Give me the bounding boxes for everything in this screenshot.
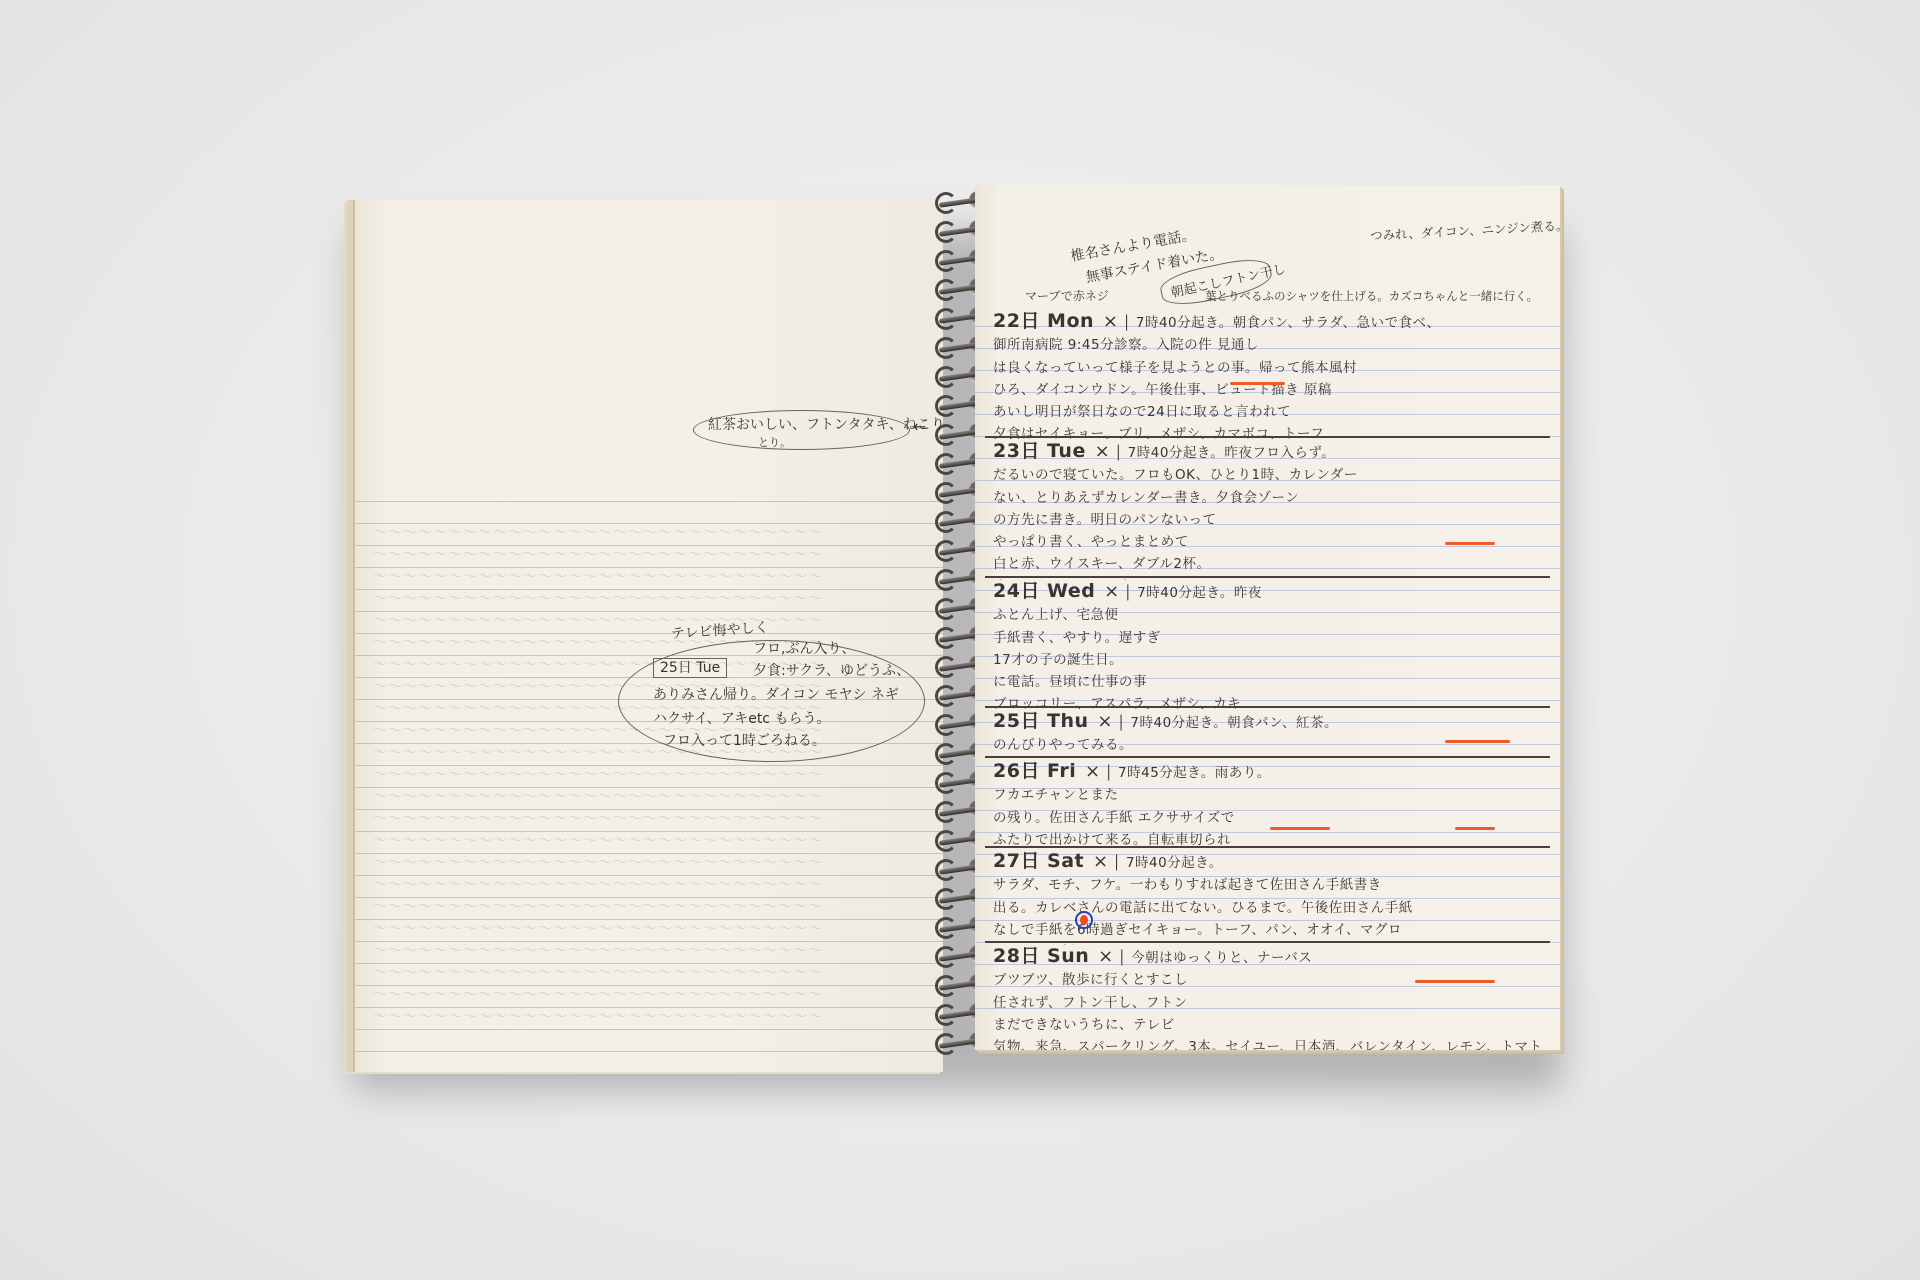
entry-line: 7時40分起き。朝食パン、紅茶。 [1130,715,1338,731]
entry-line: 手紙書く、やすり。遅すぎ [993,627,1542,649]
entry-date: 24日 Wed [993,580,1095,602]
x-mark: × [1097,711,1113,732]
entry-separator [985,576,1550,578]
entry-line: のんびりやってみる。 [993,734,1542,756]
bubble-bottom-date: 25日 Tue [653,658,727,678]
entry-line: 今朝はゆっくりと、ナーバス [1131,950,1312,966]
top-note-3: マーブで赤ネジ [1025,285,1109,307]
entry-separator [985,706,1550,708]
diary-entry: 22日 Mon ×│ 7時40分起き。朝食パン、サラダ、急いで食べ、御所南病院 … [993,310,1542,440]
entry-line: 7時45分起き。雨あり。 [1118,765,1271,781]
entry-line: ない、とりあえずカレンダー書き。夕食会ゾーン [993,487,1542,509]
entry-line: 7時40分起き。昨夜 [1137,585,1262,601]
entry-date: 25日 Thu [993,710,1089,732]
entry-date: 22日 Mon [993,310,1094,332]
orange-highlight [1445,542,1495,545]
entry-line: は良くなっていって様子を見ようとの事。帰って熊本風村 [993,357,1542,379]
entry-date: 26日 Fri [993,760,1076,782]
entry-line: 任されず、フトン干し、フトン [993,992,1542,1014]
entry-line: 7時40分起き。朝食パン、サラダ、急いで食べ、 [1136,315,1441,331]
entry-line: ふとん上げ、宅急便 [993,604,1542,626]
entry-line: だるいので寝ていた。フロもOK、ひとり1時、カレンダー [993,464,1542,486]
entry-date: 23日 Tue [993,440,1086,462]
bubble-bottom-line2: 夕食:サクラ、ゆどうふ、 [753,660,910,682]
bubble-bottom-line4: ハクサイ、アキetc もらう。 [653,708,830,730]
entry-date: 27日 Sat [993,850,1084,872]
diary-entry: 27日 Sat ×│ 7時40分起き。サラダ、モチ、フケ。一わもりすれば起きて佐… [993,850,1542,945]
top-note-6: つみれ、ダイコン、ニンジン煮る。 [1370,215,1560,247]
entry-line: に電話。昼頃に仕事の事 [993,671,1542,693]
show-through-text: ～～～～～～～～～～～～～～～～～～～～～～～～～～～～～～ ～～～～～～～～～… [373,500,913,1032]
entry-separator [985,436,1550,438]
x-mark: × [1093,851,1109,872]
diary-entry: 26日 Fri ×│ 7時45分起き。雨あり。フカエチャンとまたの残り。佐田さん… [993,760,1542,850]
entry-separator [985,756,1550,758]
entry-line: 気物、来急、スパークリング、3本。セイユー、日本酒、バレンタイン、レモン、トマト [993,1036,1542,1050]
x-mark: × [1085,761,1101,782]
entry-line: 白と赤、ウイスキー、ダブル2杯。 [993,553,1542,575]
orange-highlight [1415,980,1495,983]
diary-entry: 25日 Thu ×│ 7時40分起き。朝食パン、紅茶。のんびりやってみる。1時を… [993,710,1542,760]
bubble-top-line1: 紅茶おいしい、フトンタタキ、ねこり [708,414,943,436]
x-mark: × [1095,441,1111,462]
orange-highlight [1455,827,1495,830]
entry-line: の残り。佐田さん手紙 エクササイズで [993,807,1542,829]
entry-line: サラダ、モチ、フケ。一わもりすれば起きて佐田さん手紙書き [993,874,1542,896]
x-mark: × [1103,311,1119,332]
bubble-bottom-line1: フロ,ぶん入り、 [753,638,855,660]
left-page: ～～～～～～～～～～～～～～～～～～～～～～～～～～～～～～ ～～～～～～～～～… [347,200,943,1072]
entry-line: 7時40分起き。 [1126,855,1223,871]
entry-line: あいし明日が祭日なので24日に取ると言われて [993,401,1542,423]
entry-line: の方先に書き。明日のパンないって [993,509,1542,531]
entry-line: 御所南病院 9:45分診察。入院の件 見通し [993,334,1542,356]
entry-date: 28日 Sun [993,945,1089,967]
right-page: 椎名さんより電話。 無事ステイド着いた。 マーブで赤ネジ 朝起こしフトン干し 葉… [975,185,1560,1050]
entry-line: 17才の子の誕生日。 [993,649,1542,671]
diary-entry: 23日 Tue ×│ 7時40分起き。昨夜フロ入らず。だるいので寝ていた。フロも… [993,440,1542,580]
entry-line: まだできないうちに、テレビ [993,1014,1542,1036]
entry-separator [985,846,1550,848]
entry-line: フカエチャンとまた [993,784,1542,806]
x-mark: × [1104,581,1120,602]
bubble-bottom-line3: ありみさん帰り。ダイコン モヤシ ネギ [653,684,899,706]
entry-separator [985,941,1550,943]
orange-highlight [1270,827,1330,830]
top-note-5: 葉とりべるふのシャツを仕上げる。カズコちゃんと一緒に行く。 [1205,285,1538,307]
orange-highlight [1445,740,1510,743]
bubble-top-line2: とり。 [758,432,791,454]
x-mark: × [1098,946,1114,967]
orange-highlight [1230,382,1285,385]
bubble-bottom-line5: フロ入って1時ごろねる。 [663,730,826,752]
diary-entry: 24日 Wed ×│ 7時40分起き。昨夜ふとん上げ、宅急便手紙書く、やすり。遅… [993,580,1542,710]
arrow-glyph: ← [913,416,926,438]
blue-circle-mark [1075,911,1093,929]
diary-entry: 28日 Sun ×│ 今朝はゆっくりと、ナーバスブツブツ、散歩に行くとすこし任さ… [993,945,1542,1050]
entry-line: 7時40分起き。昨夜フロ入らず。 [1128,445,1336,461]
